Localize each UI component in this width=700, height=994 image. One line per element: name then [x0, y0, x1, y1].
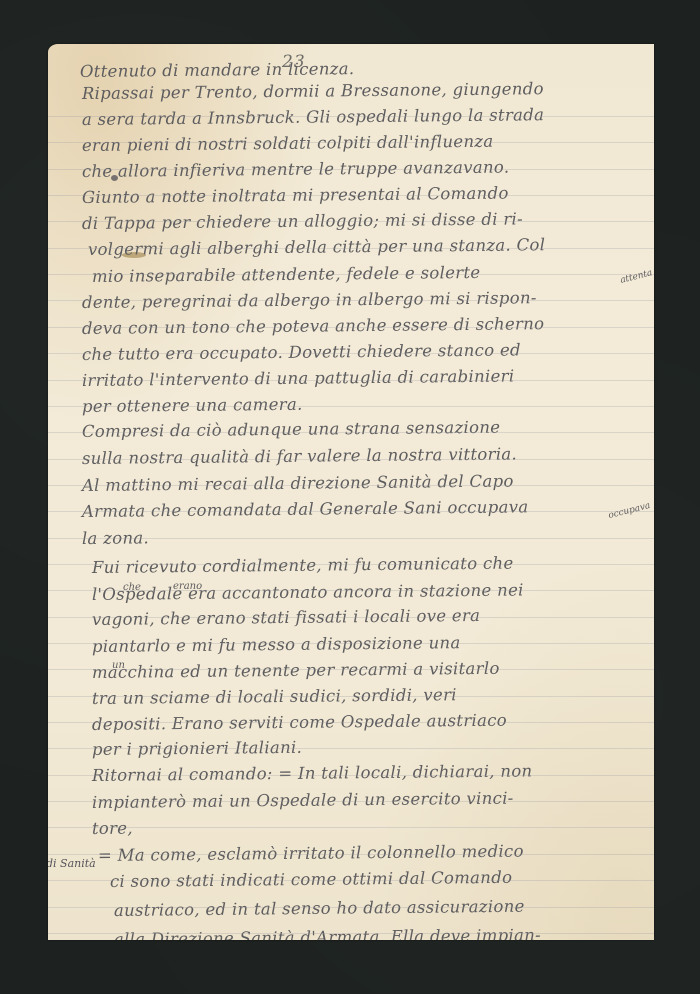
ruled-line: [48, 933, 654, 934]
ruled-line: [48, 459, 654, 460]
ruled-line: [48, 432, 654, 433]
manuscript-line: a sera tarda a Innsbruck. Gli ospedali l…: [82, 105, 545, 129]
ruled-line: [48, 880, 654, 881]
ruled-line: [48, 116, 654, 117]
manuscript-line: Fui ricevuto cordialmente, mi fu comunic…: [92, 554, 514, 577]
ruled-line: [48, 485, 654, 486]
ruled-line: [48, 617, 654, 618]
ruled-line: [48, 907, 654, 908]
manuscript-line: Ritornai al comando: = In tali locali, d…: [92, 761, 533, 785]
manuscript-line: piantarlo e mi fu messo a disposizione u…: [92, 633, 461, 656]
ruled-line: [48, 380, 654, 381]
edge-note: attenta: [619, 268, 653, 286]
ruled-line: [48, 775, 654, 776]
manuscript-line: Armata che comandata dal Generale Sani o…: [82, 497, 529, 521]
manuscript-page: 23 Ottenuto di mandare in licenza.Ripass…: [48, 44, 654, 940]
ruled-line: [48, 406, 654, 407]
ruled-line: [48, 564, 654, 565]
ruled-line: [48, 300, 654, 301]
ruled-line: [48, 327, 654, 328]
ruled-line: [48, 142, 654, 143]
ruled-line: [48, 696, 654, 697]
manuscript-line: Compresi da ciò adunque una strana sensa…: [82, 418, 501, 441]
manuscript-line: macchina ed un tenente per recarmi a vis…: [92, 659, 500, 682]
ruled-line: [48, 722, 654, 723]
manuscript-line: irritato l'intervento di una pattuglia d…: [82, 366, 515, 390]
ruled-line: [48, 248, 654, 249]
ruled-line: [48, 538, 654, 539]
ruled-line: [48, 748, 654, 749]
ruled-line: [48, 169, 654, 170]
edge-note: occupava: [607, 501, 651, 521]
ruled-line: [48, 353, 654, 354]
manuscript-line: austriaco, ed in tal senso ho dato assic…: [114, 897, 525, 920]
ruled-line: [48, 195, 654, 196]
manuscript-line: Al mattino mi recai alla direzione Sanit…: [82, 471, 514, 495]
ruled-line: [48, 511, 654, 512]
ruled-line: [48, 827, 654, 828]
ruled-line: [48, 801, 654, 802]
manuscript-line: Ripassai per Trento, dormii a Bressanone…: [82, 79, 544, 103]
ruled-line: [48, 274, 654, 275]
ruled-line: [48, 669, 654, 670]
manuscript-line: sulla nostra qualità di far valere la no…: [82, 444, 517, 468]
insertion-che: che: [123, 582, 141, 593]
manuscript-line: Ottenuto di mandare in licenza.: [80, 59, 355, 81]
ruled-line: [48, 221, 654, 222]
ruled-line: [48, 590, 654, 591]
ruled-line: [48, 854, 654, 855]
manuscript-line: l'Ospedale era accantonato ancora in sta…: [92, 580, 524, 604]
ruled-line: [48, 643, 654, 644]
manuscript-line: eran pieni di nostri soldati colpiti dal…: [82, 132, 494, 155]
margin-note-di-sanita: di Sanità: [48, 857, 96, 870]
